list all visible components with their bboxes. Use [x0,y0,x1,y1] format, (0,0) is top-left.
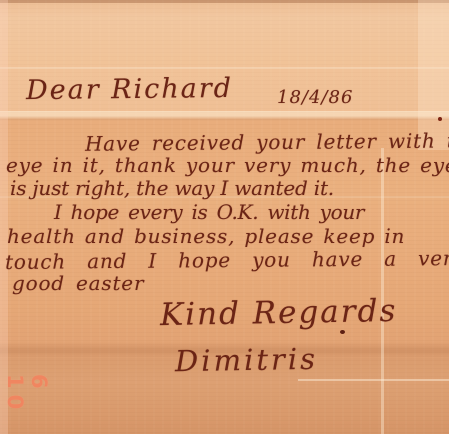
film-edge-numbers: 6 10 [3,374,51,434]
letter-date: 18/4/86 [277,87,353,108]
letter-body-line: is just right, the way I wanted it. [10,176,334,200]
letter-signature: Dimitris [175,342,319,378]
paper-crease-right [418,0,449,150]
paper-left-edge [0,0,8,434]
ink-speck [438,117,442,121]
paper-fold-crease [0,111,449,120]
paper-crease-bottom [298,379,449,381]
paper-crease-vertical [381,148,384,434]
paper-top-edge [0,0,449,3]
film-frame-number: 6 [27,374,51,395]
letter-body-line: touch and I hope you have a very [5,246,449,274]
letter-greeting: Dear Richard [26,73,233,106]
ink-pen-stroke [340,330,345,334]
paper-crease-upper [0,67,449,69]
letter-body-line: eye in it, thank your very much, the eye [6,153,449,177]
letter-body-line: health and business, please keep in [7,224,405,248]
letter-body-line: I hope every is O.K. with your [54,200,364,224]
film-frame-number: 10 [3,374,27,415]
letter-photo: Dear Richard 18/4/86 Have received your … [0,0,449,434]
letter-body-line: good easter [12,271,144,295]
letter-body-line: Have received your letter with the [85,128,449,155]
letter-closing: Kind Regards [160,293,398,333]
